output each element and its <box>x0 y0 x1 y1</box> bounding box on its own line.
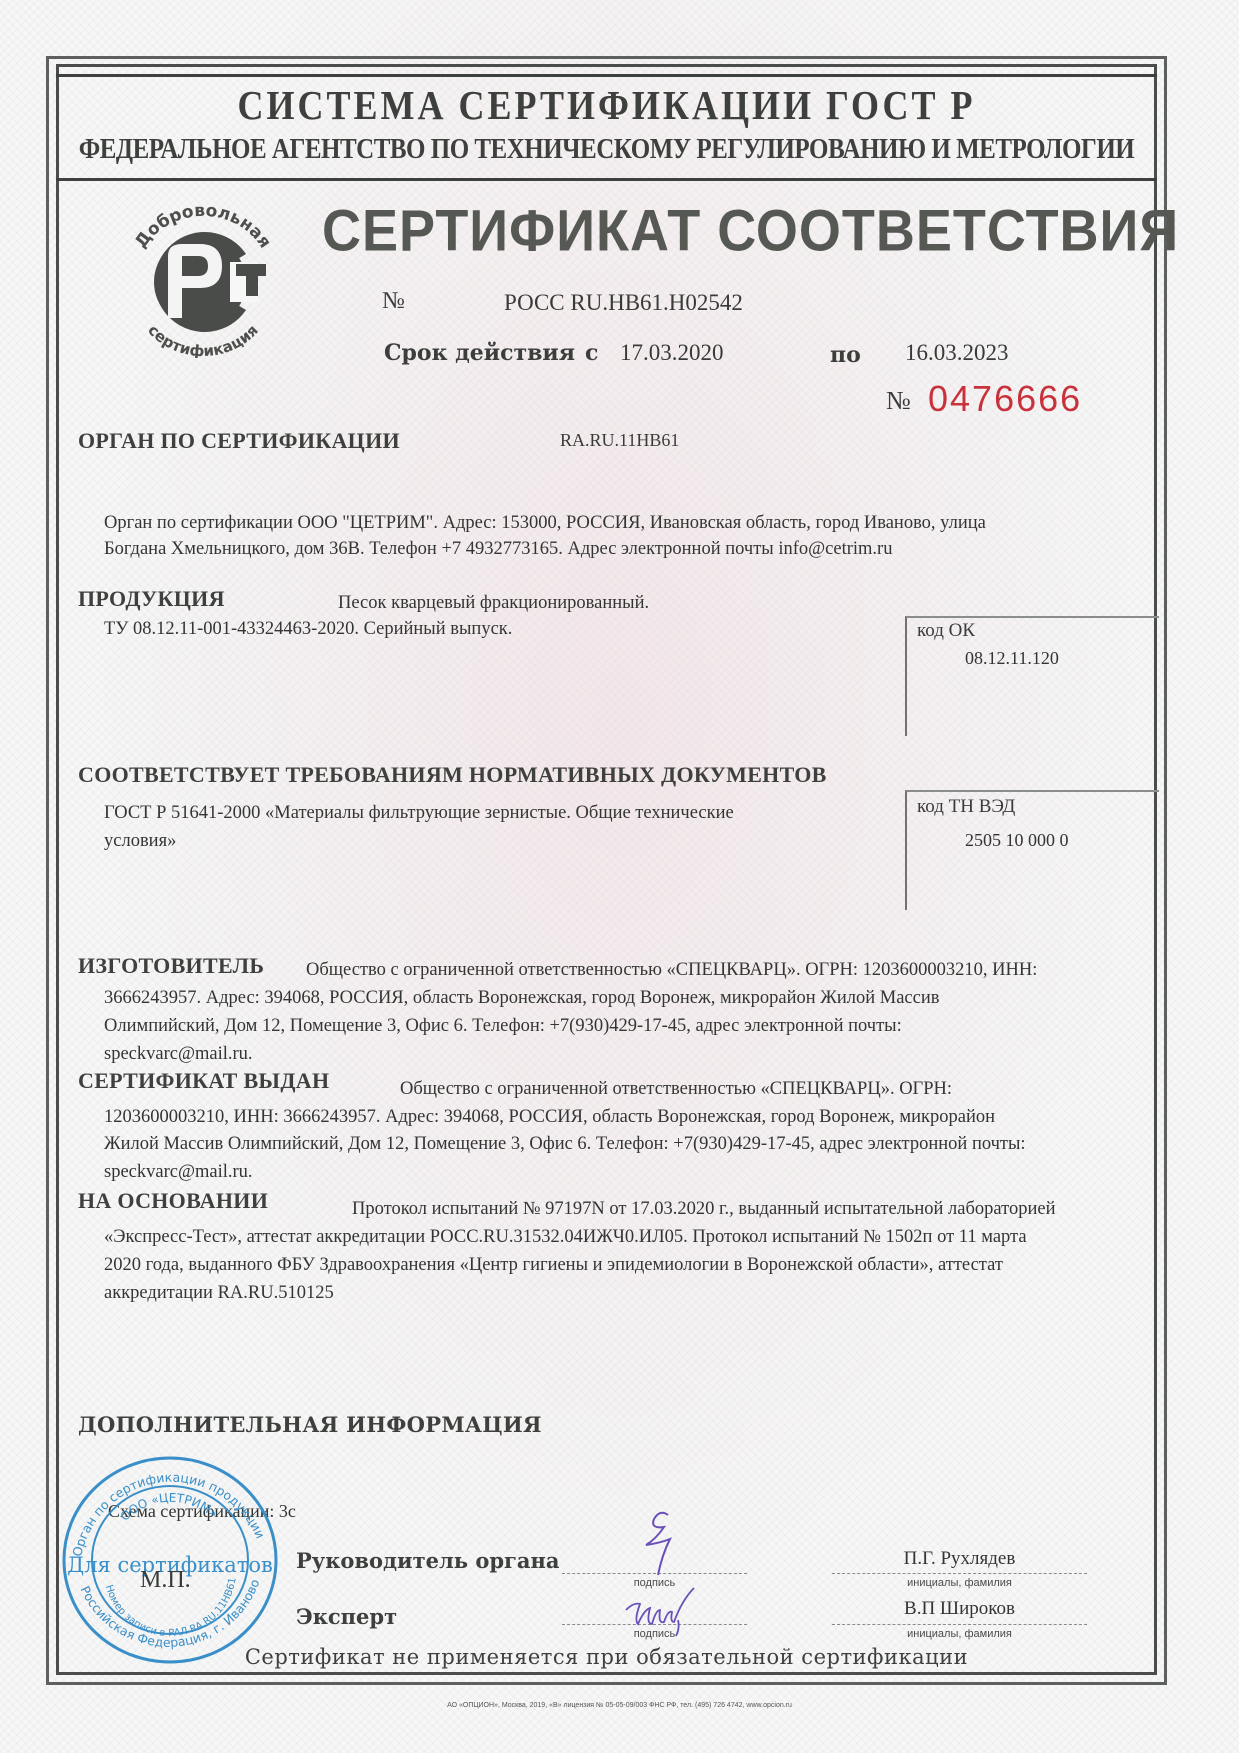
head-name: П.Г. Рухлядев <box>832 1548 1087 1570</box>
basis-line4: аккредитации RA.RU.510125 <box>104 1280 334 1306</box>
tnved-code-label: код ТН ВЭД <box>917 796 1015 818</box>
printer-imprint: АО «ОПЦИОН», Москва, 2019, «В» лицензия … <box>0 1702 1239 1709</box>
certification-body-code: RA.RU.11НВ61 <box>560 430 679 451</box>
certificate-number: РОСС RU.НВ61.Н02542 <box>504 290 743 316</box>
head-role-label: Руководитель органа <box>296 1548 559 1573</box>
basis-line2: «Экспресс-Тест», аттестат аккредитации Р… <box>104 1224 1027 1250</box>
compliance-line1: ГОСТ Р 51641-2000 «Материалы фильтрующие… <box>104 800 734 826</box>
issued-to-line1: Общество с ограниченной ответственностью… <box>400 1076 952 1102</box>
compliance-line2: условия» <box>104 828 176 854</box>
agency-name: ФЕДЕРАЛЬНОЕ АГЕНТСТВО ПО ТЕХНИЧЕСКОМУ РЕ… <box>56 134 1157 166</box>
system-title: СИСТЕМА СЕРТИФИКАЦИИ ГОСТ Р <box>56 81 1157 129</box>
rst-logo: Добровольная сертификация <box>118 198 288 358</box>
product-heading: ПРОДУКЦИЯ <box>78 586 225 612</box>
manufacturer-line3: Олимпийский, Дом 12, Помещение 3, Офис 6… <box>104 1013 902 1039</box>
ok-code-box: код ОК 08.12.11.120 <box>905 616 1159 736</box>
tnved-code-box: код ТН ВЭД 2505 10 000 0 <box>905 790 1159 910</box>
validity-to-date: 16.03.2023 <box>905 340 1009 366</box>
tnved-code-value: 2505 10 000 0 <box>965 830 1069 851</box>
validity-label: Срок действия <box>384 340 575 366</box>
number-label: № <box>382 288 405 315</box>
expert-role-label: Эксперт <box>296 1604 397 1629</box>
stamp-seal-icon: Орган по сертификации продукции ООО «ЦЕТ… <box>50 1448 290 1668</box>
expert-name-line <box>832 1624 1087 1625</box>
stamp-place-label: М.П. <box>140 1567 191 1594</box>
issued-to-heading: СЕРТИФИКАТ ВЫДАН <box>78 1068 329 1094</box>
compliance-heading: СООТВЕТСТВУЕТ ТРЕБОВАНИЯМ НОРМАТИВНЫХ ДО… <box>78 762 827 788</box>
head-name-line <box>832 1573 1087 1574</box>
expert-signature-caption: подпись <box>562 1628 747 1640</box>
manufacturer-line2: 3666243957. Адрес: 394068, РОССИЯ, облас… <box>104 985 940 1011</box>
official-stamp: Орган по сертификации продукции ООО «ЦЕТ… <box>50 1448 290 1668</box>
product-name: Песок кварцевый фракционированный. <box>338 590 649 616</box>
manufacturer-line4: speckvarc@mail.ru. <box>104 1041 253 1067</box>
certification-body-line2: Богдана Хмельницкого, дом 36В. Телефон +… <box>104 536 892 562</box>
header-top-rule <box>56 74 1157 77</box>
issued-to-line2: 1203600003210, ИНН: 3666243957. Адрес: 3… <box>104 1104 995 1130</box>
certification-body-line1: Орган по сертификации ООО "ЦЕТРИМ". Адре… <box>104 510 986 536</box>
certification-body-heading: ОРГАН ПО СЕРТИФИКАЦИИ <box>78 428 400 454</box>
manufacturer-line1: Общество с ограниченной ответственностью… <box>306 957 1037 983</box>
issued-to-line3: Жилой Массив Олимпийский, Дом 12, Помеще… <box>104 1131 1026 1157</box>
rst-mark-icon: Добровольная сертификация <box>118 198 288 358</box>
head-name-caption: инициалы, фамилия <box>832 1577 1087 1589</box>
voluntary-certification-note: Сертификат не применяется при обязательн… <box>56 1645 1157 1669</box>
product-spec: ТУ 08.12.11-001-43324463-2020. Серийный … <box>104 616 512 642</box>
basis-line3: 2020 года, выданного ФБУ Здравоохранения… <box>104 1252 1003 1278</box>
expert-name-caption: инициалы, фамилия <box>832 1628 1087 1640</box>
ok-code-value: 08.12.11.120 <box>965 648 1059 669</box>
head-signature-icon <box>630 1505 690 1580</box>
validity-from-date: 17.03.2020 <box>620 340 724 366</box>
basis-line1: Протокол испытаний № 97197N от 17.03.202… <box>352 1196 1056 1222</box>
ok-code-label: код ОК <box>917 620 975 642</box>
validity-from-label: с <box>585 340 598 366</box>
form-number: 0476666 <box>928 378 1082 420</box>
manufacturer-heading: ИЗГОТОВИТЕЛЬ <box>78 953 264 979</box>
form-number-label: № <box>886 386 911 416</box>
additional-info-heading: ДОПОЛНИТЕЛЬНАЯ ИНФОРМАЦИЯ <box>78 1412 542 1437</box>
expert-name: В.П Широков <box>832 1598 1087 1620</box>
header-bottom-rule <box>56 178 1157 181</box>
certificate-title: СЕРТИФИКАТ СООТВЕТСТВИЯ <box>322 198 1179 265</box>
validity-to-label: по <box>830 342 861 368</box>
basis-heading: НА ОСНОВАНИИ <box>78 1188 268 1214</box>
issued-to-line4: speckvarc@mail.ru. <box>104 1159 253 1185</box>
